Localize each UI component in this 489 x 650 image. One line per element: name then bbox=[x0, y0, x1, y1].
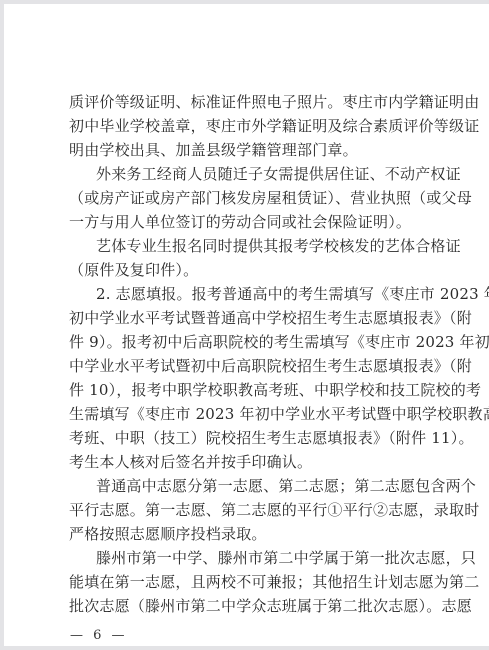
text-line: （原件及复印件）。 bbox=[69, 258, 428, 282]
text-line: 件 10），报考中职学校职教高考班、中职学校和技工院校的考 bbox=[69, 378, 428, 402]
text-line: 能填在第一志愿，且两校不可兼报；其他招生计划志愿为第二 bbox=[69, 570, 428, 594]
text-line: 初中毕业学校盖章，枣庄市外学籍证明及综合素质评价等级证 bbox=[69, 114, 428, 138]
text-line: 普通高中志愿分第一志愿、第二志愿；第二志愿包含两个 bbox=[69, 474, 428, 498]
text-line: 2. 志愿填报。报考普通高中的考生需填写《枣庄市 2023 年 bbox=[69, 282, 428, 306]
document-page: 质评价等级证明、标准证件照电子照片。枣庄市内学籍证明由初中毕业学校盖章，枣庄市外… bbox=[4, 4, 489, 646]
page-number: — 6 — bbox=[70, 628, 128, 643]
document-body: 质评价等级证明、标准证件照电子照片。枣庄市内学籍证明由初中毕业学校盖章，枣庄市外… bbox=[69, 90, 428, 618]
text-line: 外来务工经商人员随迁子女需提供居住证、不动产权证 bbox=[69, 162, 428, 186]
text-line: 中学业水平考试暨初中后高职院校招生考生志愿填报表》（附 bbox=[69, 354, 428, 378]
text-line: 艺体专业生报名同时提供其报考学校核发的艺体合格证 bbox=[69, 234, 428, 258]
text-line: 一方与用人单位签订的劳动合同或社会保险证明）。 bbox=[69, 210, 428, 234]
text-line: 平行志愿。第一志愿、第二志愿的平行①平行②志愿，录取时 bbox=[69, 498, 428, 522]
text-line: 质评价等级证明、标准证件照电子照片。枣庄市内学籍证明由 bbox=[69, 90, 428, 114]
text-line: 明由学校出具、加盖县级学籍管理部门章。 bbox=[69, 138, 428, 162]
text-line: 考生本人核对后签名并按手印确认。 bbox=[69, 450, 428, 474]
text-line: 初中学业水平考试暨普通高中学校招生考生志愿填报表》（附 bbox=[69, 306, 428, 330]
text-line: （或房产证或房产部门核发房屋租赁证）、营业执照（或父母 bbox=[69, 186, 428, 210]
text-line: 严格按照志愿顺序投档录取。 bbox=[69, 522, 428, 546]
text-line: 考班、中职（技工）院校招生考生志愿填报表》（附件 11）。 bbox=[69, 426, 428, 450]
text-line: 滕州市第一中学、滕州市第二中学属于第一批次志愿，只 bbox=[69, 546, 428, 570]
text-line: 件 9）。报考初中后高职院校的考生需填写《枣庄市 2023 年初 bbox=[69, 330, 428, 354]
text-line: 批次志愿（滕州市第二中学众志班属于第二批次志愿）。志愿 bbox=[69, 594, 428, 618]
text-line: 生需填写《枣庄市 2023 年初中学业水平考试暨中职学校职教高 bbox=[69, 402, 428, 426]
